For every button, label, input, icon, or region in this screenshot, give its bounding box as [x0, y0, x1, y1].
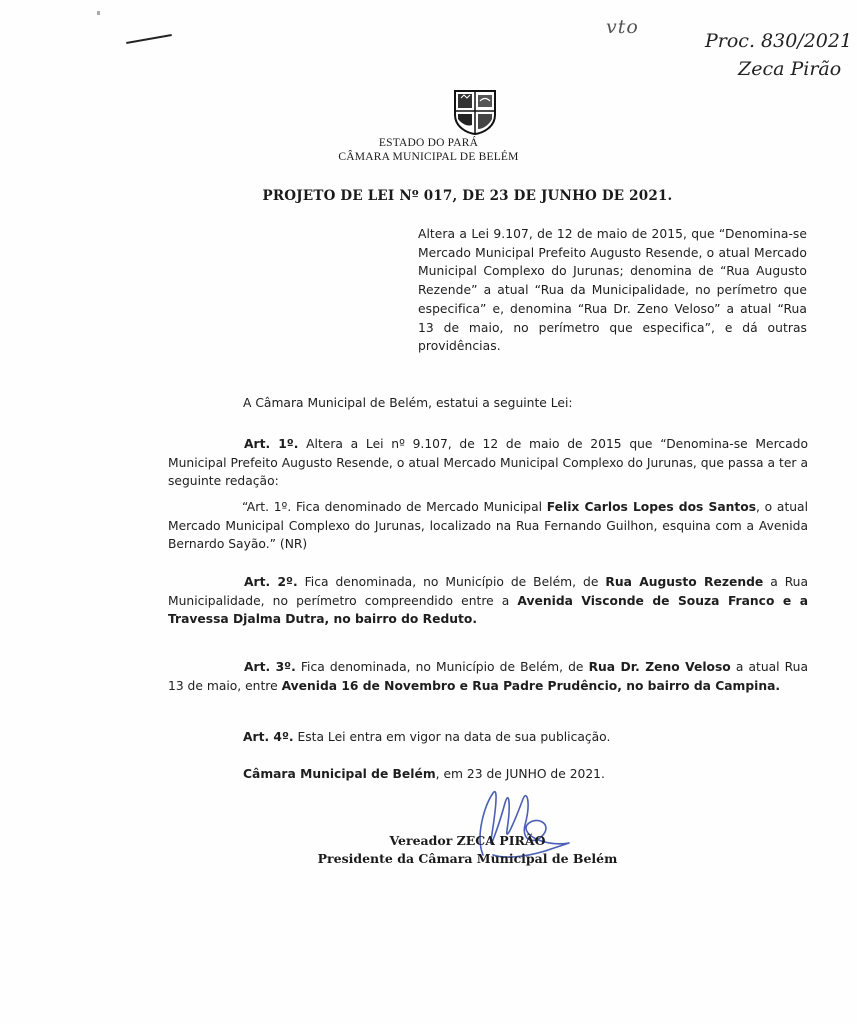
handwritten-process-number: Proc. 830/2021 [705, 30, 852, 52]
street-new-name-2: Rua Dr. Zeno Veloso [589, 660, 731, 674]
closing-date: , em 23 de JUNHO de 2021. [436, 767, 605, 781]
document-page: vto Proc. 830/2021 Zeca Pirão ESTADO DO … [0, 0, 857, 1024]
scan-speck [97, 11, 100, 15]
article-1-new-wording: “Art. 1º. Fica denominado de Mercado Mun… [168, 498, 808, 554]
article-1: Art. 1º. Altera a Lei nº 9.107, de 12 de… [168, 435, 808, 491]
signer-name: Vereador ZECA PIRÃO [0, 833, 857, 848]
pen-mark [126, 34, 172, 44]
article-3-label: Art. 3º. [244, 660, 296, 674]
article-4-label: Art. 4º. [243, 730, 294, 744]
quote-text-1: Fica denominado de Mercado Municipal [291, 500, 547, 514]
article-3: Art. 3º. Fica denominada, no Município d… [168, 658, 808, 695]
header-chamber: CÂMARA MUNICIPAL DE BELÉM [0, 151, 857, 163]
article-4: Art. 4º. Esta Lei entra em vigor na data… [243, 728, 803, 747]
closing-place: Câmara Municipal de Belém [243, 767, 436, 781]
article-2: Art. 2º. Fica denominada, no Município d… [168, 573, 808, 629]
bill-title: PROJETO DE LEI Nº 017, DE 23 DE JUNHO DE… [0, 188, 857, 204]
coat-of-arms-icon [453, 89, 497, 135]
header-state: ESTADO DO PARÁ [0, 137, 857, 149]
quote-open: “Art. 1º. [242, 500, 291, 514]
signer-role: Presidente da Câmara Municipal de Belém [0, 851, 857, 866]
handwritten-vto: vto [606, 16, 639, 38]
article-1-label: Art. 1º. [244, 437, 298, 451]
article-2-text-1: Fica denominada, no Município de Belém, … [298, 575, 606, 589]
article-2-label: Art. 2º. [244, 575, 298, 589]
article-4-text: Esta Lei entra em vigor na data de sua p… [294, 730, 611, 744]
article-3-perimeter: Avenida 16 de Novembro e Rua Padre Prudê… [282, 679, 781, 693]
place-and-date: Câmara Municipal de Belém, em 23 de JUNH… [243, 765, 803, 784]
enacting-clause: A Câmara Municipal de Belém, estatui a s… [243, 394, 803, 413]
street-new-name-1: Rua Augusto Rezende [605, 575, 763, 589]
article-3-text-1: Fica denominada, no Município de Belém, … [296, 660, 589, 674]
market-new-name: Felix Carlos Lopes dos Santos [547, 500, 756, 514]
bill-summary: Altera a Lei 9.107, de 12 de maio de 201… [418, 225, 807, 356]
handwritten-name: Zeca Pirão [738, 58, 841, 80]
